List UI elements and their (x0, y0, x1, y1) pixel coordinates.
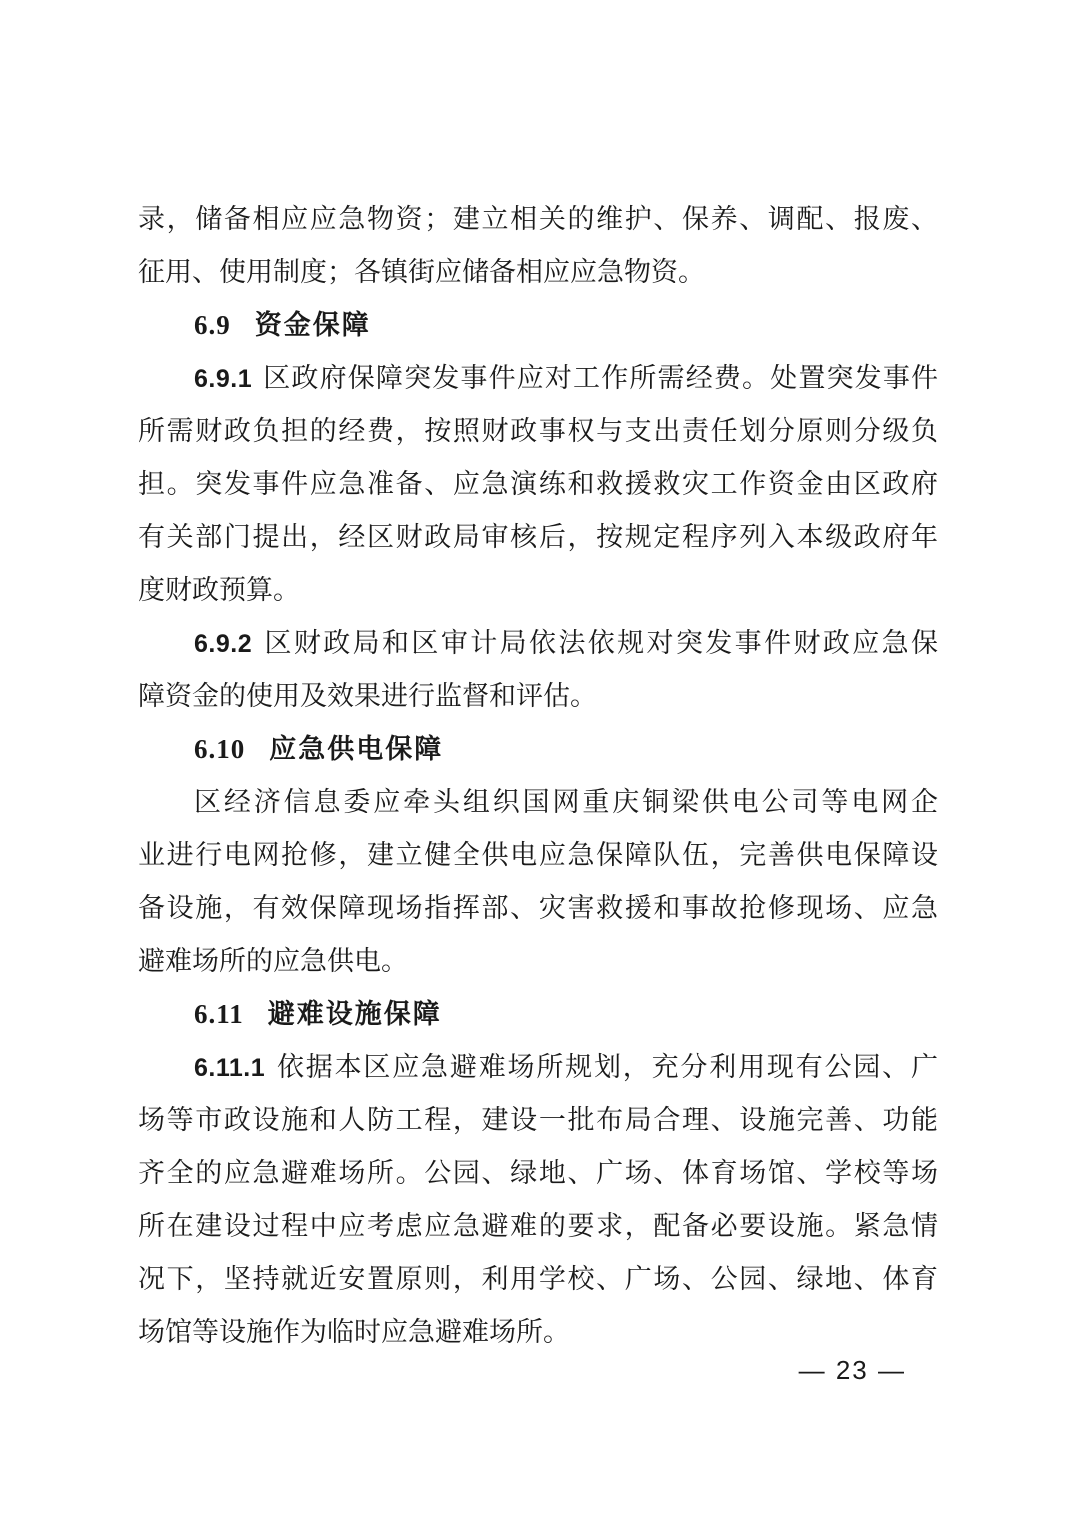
paragraph-line: 区经济信息委应牵头组织国网重庆铜梁供电公司等电网企 (138, 776, 938, 829)
paragraph-line: 征用、使用制度；各镇街应储备相应应急物资。 (138, 246, 938, 299)
paragraph-line: 齐全的应急避难场所。公园、绿地、广场、体育场馆、学校等场 (138, 1147, 938, 1200)
paragraph-line: 场等市政设施和人防工程，建设一批布局合理、设施完善、功能 (138, 1094, 938, 1147)
section-number: 6.9 (194, 310, 231, 340)
paragraph-text: 依据本区应急避难场所规划，充分利用现有公园、广 (275, 1052, 938, 1082)
section-title: 避难设施保障 (268, 999, 442, 1029)
paragraph-line: 避难场所的应急供电。 (138, 935, 938, 988)
section-heading: 6.11避难设施保障 (138, 988, 938, 1041)
paragraph-line: 担。突发事件应急准备、应急演练和救援救灾工作资金由区政府 (138, 458, 938, 511)
document-body: 录，储备相应应急物资；建立相关的维护、保养、调配、报废、征用、使用制度；各镇街应… (138, 193, 938, 1359)
section-title: 应急供电保障 (269, 734, 443, 764)
paragraph-line: 度财政预算。 (138, 564, 938, 617)
paragraph-line: 6.9.1区政府保障突发事件应对工作所需经费。处置突发事件 (138, 352, 938, 405)
clause-number: 6.11.1 (194, 1054, 265, 1082)
clause-number: 6.9.2 (194, 630, 252, 658)
section-heading: 6.9资金保障 (138, 299, 938, 352)
page-number: — 23 — (799, 1350, 906, 1390)
paragraph-text: 区政府保障突发事件应对工作所需经费。处置突发事件 (262, 363, 938, 393)
paragraph-line: 所在建设过程中应考虑应急避难的要求，配备必要设施。紧急情 (138, 1200, 938, 1253)
section-number: 6.10 (194, 734, 245, 764)
section-heading: 6.10应急供电保障 (138, 723, 938, 776)
paragraph-line: 有关部门提出，经区财政局审核后，按规定程序列入本级政府年 (138, 511, 938, 564)
section-number: 6.11 (194, 999, 244, 1029)
paragraph-line: 况下，坚持就近安置原则，利用学校、广场、公园、绿地、体育 (138, 1253, 938, 1306)
paragraph-line: 备设施，有效保障现场指挥部、灾害救援和事故抢修现场、应急 (138, 882, 938, 935)
paragraph-line: 所需财政负担的经费，按照财政事权与支出责任划分原则分级负 (138, 405, 938, 458)
section-title: 资金保障 (255, 310, 371, 340)
paragraph-text: 区财政局和区审计局依法依规对突发事件财政应急保 (262, 628, 938, 658)
document-sheet: 录，储备相应应急物资；建立相关的维护、保养、调配、报废、征用、使用制度；各镇街应… (0, 0, 1074, 1520)
paragraph-line: 障资金的使用及效果进行监督和评估。 (138, 670, 938, 723)
paragraph-line: 录，储备相应应急物资；建立相关的维护、保养、调配、报废、 (138, 193, 938, 246)
paragraph-line: 6.9.2区财政局和区审计局依法依规对突发事件财政应急保 (138, 617, 938, 670)
paragraph-line: 业进行电网抢修，建立健全供电应急保障队伍，完善供电保障设 (138, 829, 938, 882)
paragraph-line: 6.11.1依据本区应急避难场所规划，充分利用现有公园、广 (138, 1041, 938, 1094)
clause-number: 6.9.1 (194, 365, 252, 393)
